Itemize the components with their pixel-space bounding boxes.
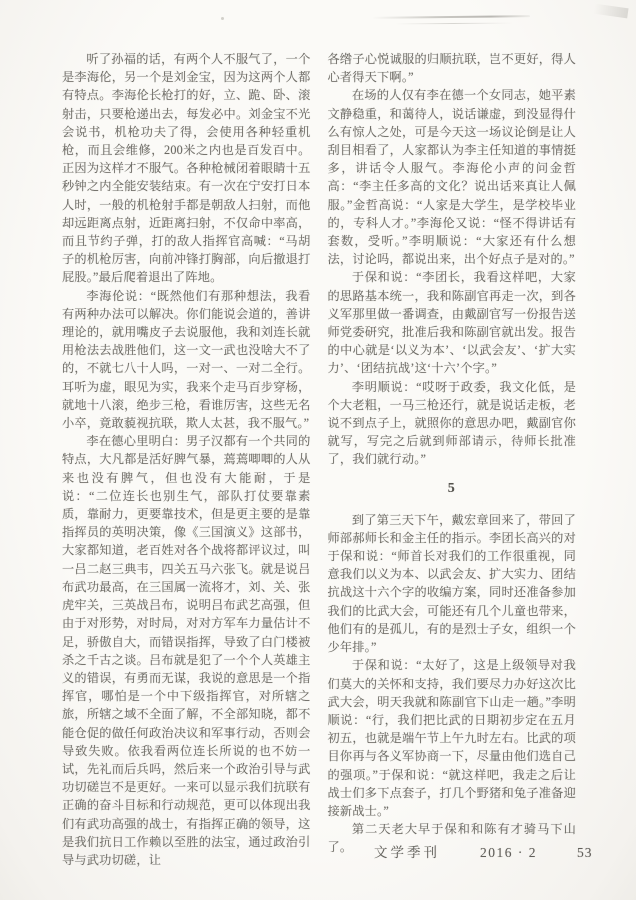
- issue-label: 2016 · 2: [480, 845, 537, 861]
- paragraph: 在场的人仅有李在德一个女同志，她平素文静稳重，和蔼待人，说话谦虚，到没显得什么有…: [328, 86, 577, 268]
- scan-streak-artifact: [395, 23, 513, 25]
- paragraph: 李明顺说：“哎呀于政委，我文化低，是个大老粗，一马三枪还行，就是说话走板，老说不…: [328, 378, 577, 469]
- journal-title: 文学季刊: [374, 841, 440, 861]
- paragraph: 听了孙福的话，有两个人不服气了，一个是李海伦，另一个是刘金宝，因为这两个人都有特…: [62, 50, 311, 287]
- scan-smudge-artifact: [593, 4, 628, 19]
- scan-speck-artifact: [221, 17, 224, 20]
- paragraph: 到了第三天下午，戴宏章回来了，带回了师部郝师长和金主任的指示。李团长高兴的对于保…: [328, 511, 577, 657]
- section-number: 5: [328, 481, 577, 497]
- paragraph: 李海伦说：“既然他们有那种想法，我看有两种办法可以解决。你们能说会道的，善讲理论…: [62, 287, 311, 433]
- scanned-page: 听了孙福的话，有两个人不服气了，一个是李海伦，另一个是刘金宝，因为这两个人都有特…: [0, 0, 636, 900]
- page-footer: 文学季刊 2016 · 2 53: [374, 841, 593, 861]
- paragraph: 李在德心里明白：男子汉都有一个共同的特点，大凡都是活好脾气暴，蔫蔫唧唧的人从来也…: [62, 432, 311, 869]
- text-columns: 听了孙福的话，有两个人不服气了，一个是李海伦，另一个是刘金宝，因为这两个人都有特…: [62, 50, 576, 869]
- paragraph: 于保和说：“李团长，我看这样吧，大家的思路基本统一，我和陈副官再走一次，到各义军…: [328, 268, 577, 377]
- left-column: 听了孙福的话，有两个人不服气了，一个是李海伦，另一个是刘金宝，因为这两个人都有特…: [62, 50, 311, 869]
- scan-streak-artifact: [372, 15, 530, 19]
- right-column: 各绺子心悦诚服的归顺抗联，岂不更好，得人心者得天下啊。” 在场的人仅有李在德一个…: [328, 50, 577, 869]
- page-number: 53: [577, 845, 593, 861]
- paragraph-continuation: 各绺子心悦诚服的归顺抗联，岂不更好，得人心者得天下啊。”: [328, 50, 577, 86]
- paragraph: 于保和说：“太好了，这是上级领导对我们莫大的关怀和支持，我们要尽力办好这次比武大…: [328, 656, 577, 820]
